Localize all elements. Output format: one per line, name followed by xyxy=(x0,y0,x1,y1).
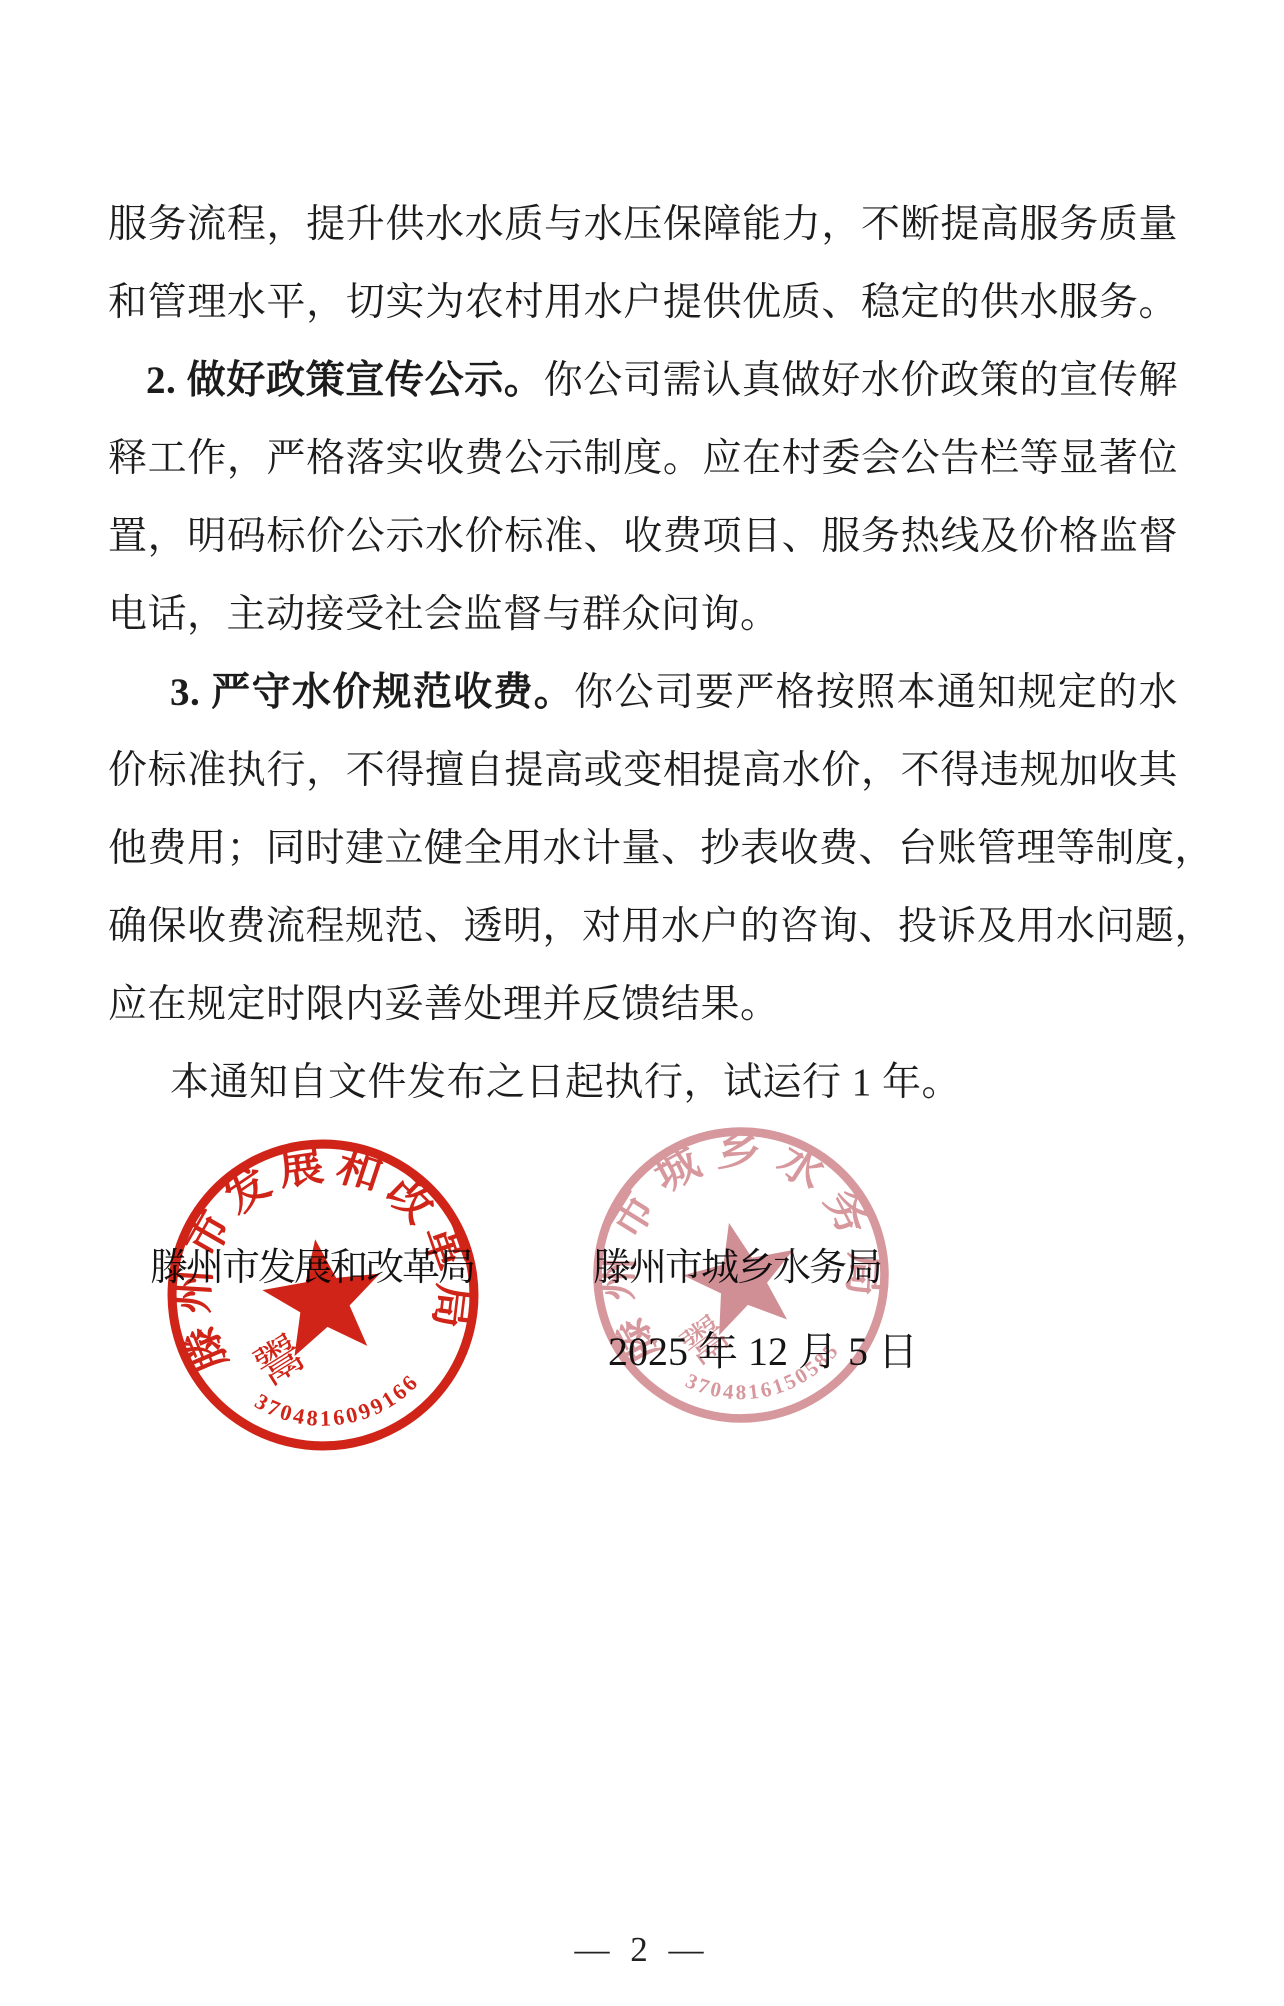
body-line: 服务流程，提升供水水质与水压保障能力，不断提高服务质量 xyxy=(108,186,1178,264)
body-line: 3. 严守水价规范收费。你公司要严格按照本通知规定的水 xyxy=(108,654,1178,732)
body-line: 确保收费流程规范、透明，对用水户的咨询、投诉及用水问题， xyxy=(108,888,1178,966)
body-line: 电话，主动接受社会监督与群众问询。 xyxy=(108,576,1178,654)
body-text: 服务流程，提升供水水质与水压保障能力，不断提高服务质量 和管理水平，切实为农村用… xyxy=(108,186,1178,1122)
body-line: 和管理水平，切实为农村用水户提供优质、稳定的供水服务。 xyxy=(108,264,1178,342)
body-line: 释工作，严格落实收费公示制度。应在村委会公告栏等显著位 xyxy=(108,420,1178,498)
page-number: — 2 — xyxy=(0,1930,1284,1970)
document-page: { "document": { "lines": [ {"text": "服务流… xyxy=(0,0,1284,2006)
body-line: 价标准执行，不得擅自提高或变相提高水价，不得违规加收其 xyxy=(108,732,1178,810)
body-line: 应在规定时限内妥善处理并反馈结果。 xyxy=(108,966,1178,1044)
body-line: 2. 做好政策宣传公示。你公司需认真做好水价政策的宣传解 xyxy=(108,342,1178,420)
official-seal-water-affairs-bureau: 滕州市城乡水务局 3704816150585 鬻 xyxy=(558,1092,925,1459)
paragraph-heading: 2. 做好政策宣传公示。 xyxy=(146,359,544,402)
official-seal-development-reform-bureau: 滕州市发展和改革局 3704816099166 鬻 xyxy=(141,1113,505,1477)
paragraph-heading: 3. 严守水价规范收费。 xyxy=(170,671,574,714)
body-line: 置，明码标价公示水价标准、收费项目、服务热线及价格监督 xyxy=(108,498,1178,576)
body-line: 本通知自文件发布之日起执行，试运行 1 年。 xyxy=(108,1044,1178,1122)
body-line: 他费用；同时建立健全用水计量、抄表收费、台账管理等制度， xyxy=(108,810,1178,888)
